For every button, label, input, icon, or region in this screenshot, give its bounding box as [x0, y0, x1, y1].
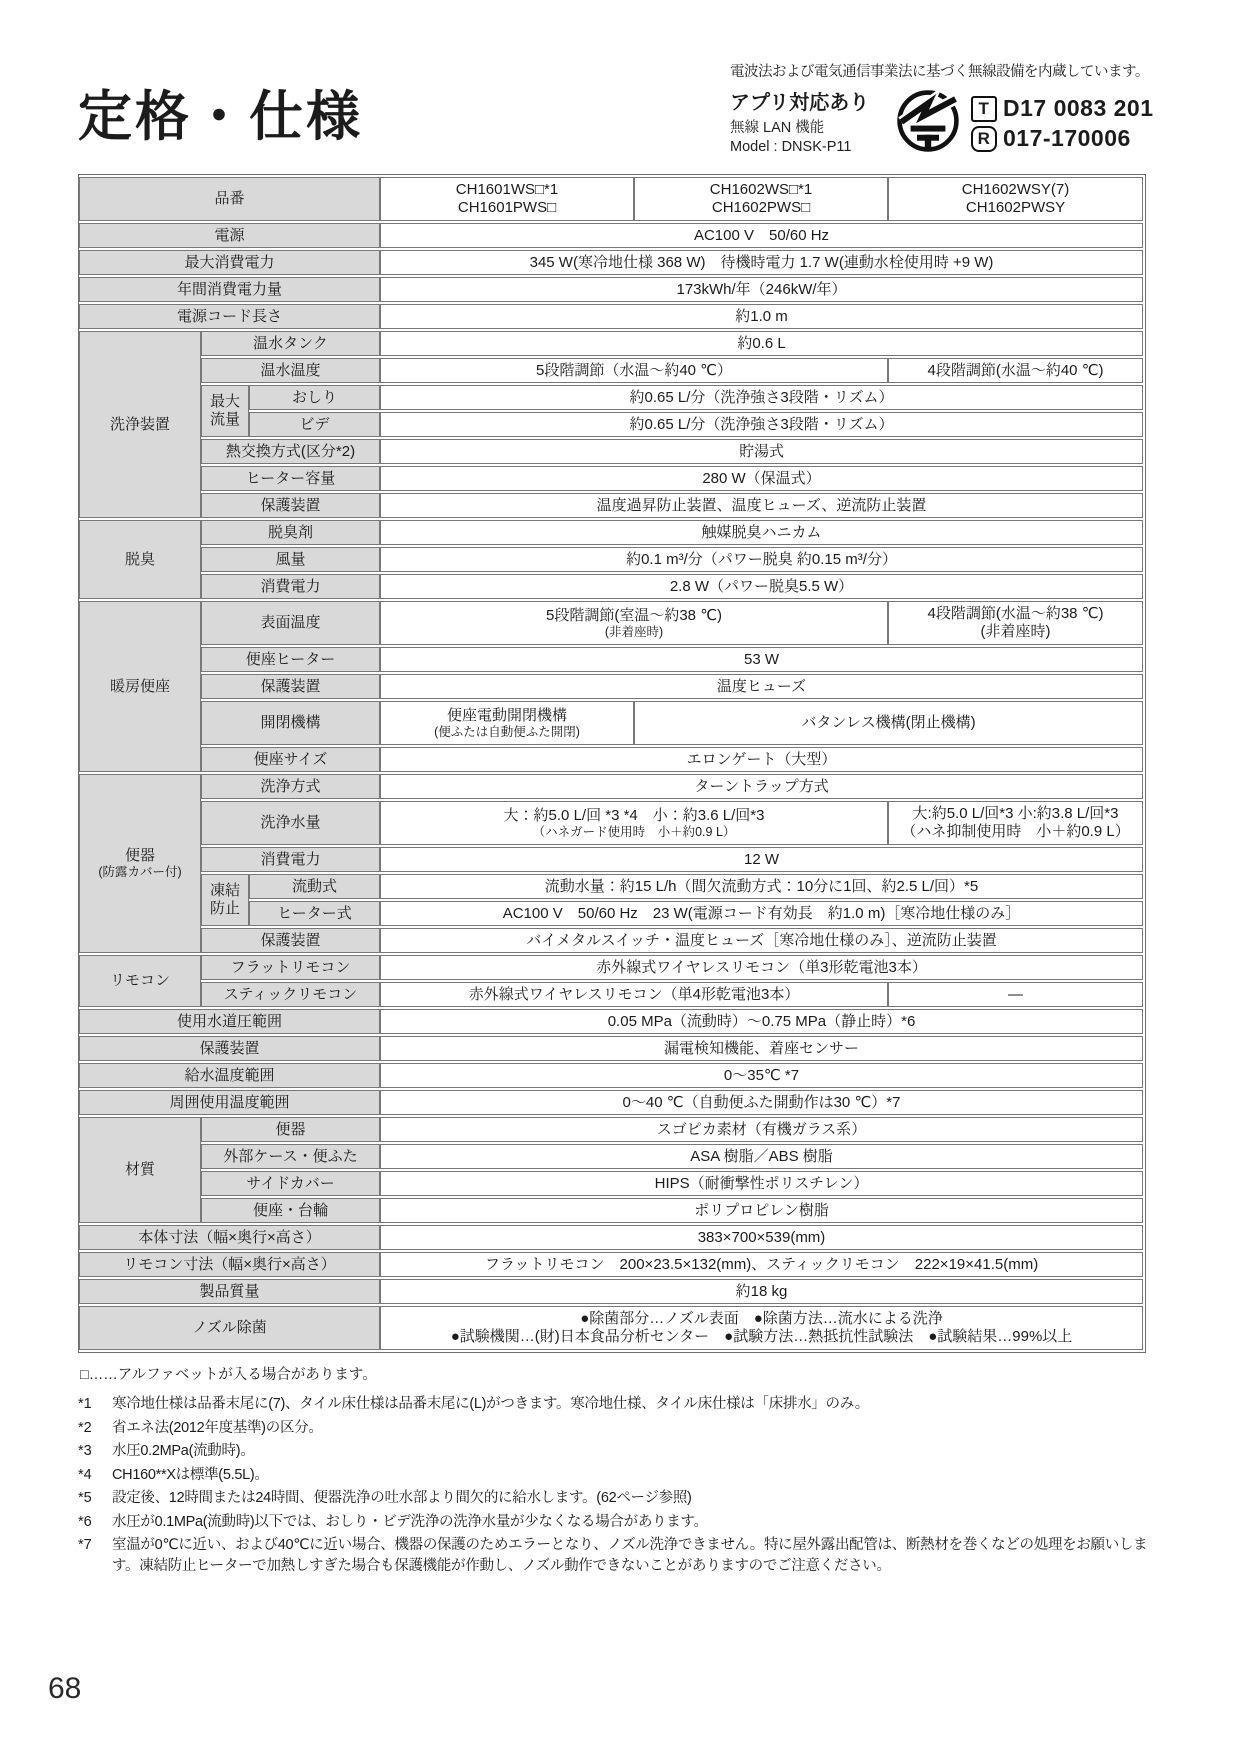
- cert-t-line: T D17 0083 201: [971, 95, 1162, 122]
- cell-line: 大:約5.0 L/回*3 小:約3.8 L/回*3: [894, 805, 1137, 823]
- cell-line: 便座電動開閉機構: [386, 707, 628, 725]
- spec-label-cell: 洗浄方式: [201, 774, 380, 799]
- footnote-marker: *7: [78, 1535, 112, 1576]
- spec-label-cell: スティックリモコン: [201, 982, 380, 1007]
- footnote-item: *7室温が0℃に近い、および40℃に近い場合、機器の保護のためエラーとなり、ノズ…: [78, 1535, 1150, 1576]
- cell-line: (非着座時): [894, 623, 1137, 641]
- cell-line: 便座・台輪: [207, 1202, 374, 1220]
- spec-value-cell: AC100 V 50/60 Hz 23 W(電源コード有効長 約1.0 m)［寒…: [380, 901, 1143, 926]
- cell-line: 280 W（保温式）: [386, 470, 1137, 488]
- footnote-marker: *6: [78, 1512, 112, 1533]
- cell-line: バイメタルスイッチ・温度ヒューズ［寒冷地仕様のみ］、逆流防止装置: [386, 932, 1137, 950]
- cell-line: 風量: [207, 551, 374, 569]
- spec-value-cell: 4段階調節(水温～約40 ℃): [888, 358, 1143, 383]
- spec-value-cell: 温度ヒューズ: [380, 674, 1143, 699]
- cell-line: 温度過昇防止装置、温度ヒューズ、逆流防止装置: [386, 497, 1137, 515]
- cell-line: CH1602WSY(7): [894, 181, 1137, 199]
- spec-value-cell: 漏電検知機能、着座センサー: [380, 1036, 1143, 1061]
- cell-line: （ハネ抑制使用時 小＋約0.9 L）: [894, 823, 1137, 841]
- cell-line: 消費電力: [207, 578, 374, 596]
- cell-line: 消費電力: [207, 851, 374, 869]
- cell-line: 保護装置: [207, 497, 374, 515]
- cell-line: 保護装置: [207, 678, 374, 696]
- cell-line: ヒーター式: [255, 905, 374, 923]
- spec-label-cell: 消費電力: [201, 574, 380, 599]
- cell-line: 大：約5.0 L/回 *3 *4 小：約3.6 L/回*3: [386, 807, 882, 825]
- page-number: 68: [48, 1672, 81, 1706]
- spec-value-cell: 大：約5.0 L/回 *3 *4 小：約3.6 L/回*3（ハネガード使用時 小…: [380, 801, 888, 845]
- spec-value-cell: 赤外線式ワイヤレスリモコン（単3形乾電池3本）: [380, 955, 1143, 980]
- spec-value-cell: 173kWh/年（246kW/年）: [380, 277, 1143, 302]
- spec-table-row: 品番CH1601WS□*1CH1601PWS□CH1602WS□*1CH1602…: [79, 177, 1143, 221]
- spec-table-row: リモコン寸法（幅×奥行×高さ）フラットリモコン 200×23.5×132(mm)…: [79, 1252, 1143, 1277]
- spec-table-row: 使用水道圧範囲0.05 MPa（流動時）～0.75 MPa（静止時）*6: [79, 1009, 1143, 1034]
- spec-value-cell: 0～40 ℃（自動便ふた開動作は30 ℃）*7: [380, 1090, 1143, 1115]
- spec-value-cell: 345 W(寒冷地仕様 368 W) 待機時電力 1.7 W(連動水栓使用時 +…: [380, 250, 1143, 275]
- cell-line: 便器: [85, 847, 195, 865]
- cell-line: スティックリモコン: [207, 986, 374, 1004]
- spec-label-cell: 便座サイズ: [201, 747, 380, 772]
- spec-label-cell: ヒーター容量: [201, 466, 380, 491]
- footnote-item: *2省エネ法(2012年度基準)の区分。: [78, 1418, 1150, 1439]
- spec-label-cell: 材質: [79, 1117, 201, 1223]
- footnote-item: *3水圧0.2MPa(流動時)。: [78, 1441, 1150, 1462]
- spec-value-cell: 約1.0 m: [380, 304, 1143, 329]
- spec-value-cell: 約0.65 L/分（洗浄強さ3段階・リズム）: [380, 412, 1143, 437]
- spec-table-row: 便座ヒーター53 W: [79, 647, 1143, 672]
- cell-line: ASA 樹脂／ABS 樹脂: [386, 1148, 1137, 1166]
- cell-line: フラットリモコン 200×23.5×132(mm)、スティックリモコン 222×…: [386, 1256, 1137, 1274]
- cell-line: 周囲使用温度範囲: [85, 1094, 374, 1112]
- spec-table-row: 最大流量おしり約0.65 L/分（洗浄強さ3段階・リズム）: [79, 385, 1143, 410]
- header-right-block: 電波法および電気通信事業法に基づく無線設備を内蔵しています。 アプリ対応あり 無…: [730, 52, 1162, 159]
- cell-line: (防露カバー付): [85, 865, 195, 880]
- spec-value-cell: 5段階調節(室温～約38 ℃)(非着座時): [380, 601, 888, 645]
- spec-page: 定格・仕様 電波法および電気通信事業法に基づく無線設備を内蔵しています。 アプリ…: [0, 0, 1240, 1577]
- t-box-icon: T: [971, 96, 997, 122]
- spec-value-cell: フラットリモコン 200×23.5×132(mm)、スティックリモコン 222×…: [380, 1252, 1143, 1277]
- spec-label-cell: 給水温度範囲: [79, 1063, 380, 1088]
- footnote-text: 室温が0℃に近い、および40℃に近い場合、機器の保護のためエラーとなり、ノズル洗…: [112, 1535, 1150, 1576]
- cell-line: 0.05 MPa（流動時）～0.75 MPa（静止時）*6: [386, 1013, 1137, 1031]
- spec-label-cell: 保護装置: [201, 674, 380, 699]
- footnotes: □……アルファベットが入る場合があります。 *1寒冷地仕様は品番末尾に(7)、タ…: [78, 1363, 1150, 1577]
- cell-line: 383×700×539(mm): [386, 1229, 1137, 1247]
- cell-line: スゴピカ素材（有機ガラス系）: [386, 1121, 1137, 1139]
- spec-table-row: 開閉機構便座電動開閉機構(便ふたは自動便ふた開閉)バタンレス機構(閉止機構): [79, 701, 1143, 745]
- cell-line: (便ふたは自動便ふた開閉): [386, 725, 628, 740]
- spec-label-cell: ビデ: [249, 412, 380, 437]
- page-title: 定格・仕様: [78, 74, 363, 151]
- cell-line: 0～35℃ *7: [386, 1067, 1137, 1085]
- cert-r-code: 017-170006: [1003, 125, 1131, 152]
- spec-value-cell: 53 W: [380, 647, 1143, 672]
- footnote-item: *6水圧が0.1MPa(流動時)以下では、おしり・ビデ洗浄の洗浄水量が少なくなる…: [78, 1512, 1150, 1533]
- spec-table-row: 保護装置温度過昇防止装置、温度ヒューズ、逆流防止装置: [79, 493, 1143, 518]
- wireless-info-row: アプリ対応あり 無線 LAN 機能 Model : DNSK-P11: [730, 88, 1162, 159]
- spec-label-cell: 周囲使用温度範囲: [79, 1090, 380, 1115]
- cell-line: 熱交換方式(区分*2): [207, 443, 374, 461]
- spec-label-cell: 使用水道圧範囲: [79, 1009, 380, 1034]
- spec-label-cell: 外部ケース・便ふた: [201, 1144, 380, 1169]
- spec-table-row: 便座サイズエロンゲート（大型）: [79, 747, 1143, 772]
- spec-value-cell: 約0.65 L/分（洗浄強さ3段階・リズム）: [380, 385, 1143, 410]
- radio-law-notice: 電波法および電気通信事業法に基づく無線設備を内蔵しています。: [730, 60, 1162, 81]
- spec-table-row: 熱交換方式(区分*2)貯湯式: [79, 439, 1143, 464]
- cell-line: ●試験機関…(財)日本食品分析センター ●試験方法…熱抵抗性試験法 ●試験結果……: [386, 1328, 1137, 1346]
- cell-line: ノズル除菌: [85, 1319, 374, 1337]
- cell-line: 約0.65 L/分（洗浄強さ3段階・リズム）: [386, 416, 1137, 434]
- spec-label-cell: サイドカバー: [201, 1171, 380, 1196]
- spec-table-row: 年間消費電力量173kWh/年（246kW/年）: [79, 277, 1143, 302]
- footnote-item: *4CH160**Xは標準(5.5L)。: [78, 1465, 1150, 1486]
- cell-line: 温水タンク: [207, 335, 374, 353]
- spec-table-row: 電源AC100 V 50/60 Hz: [79, 223, 1143, 248]
- cell-line: エロンゲート（大型）: [386, 751, 1137, 769]
- spec-table-row: 外部ケース・便ふたASA 樹脂／ABS 樹脂: [79, 1144, 1143, 1169]
- footnote-marker: *4: [78, 1465, 112, 1486]
- spec-value-cell: スゴピカ素材（有機ガラス系）: [380, 1117, 1143, 1142]
- cell-line: ―: [894, 986, 1137, 1004]
- spec-table-row: サイドカバーHIPS（耐衝撃性ポリスチレン）: [79, 1171, 1143, 1196]
- cell-line: AC100 V 50/60 Hz: [386, 227, 1137, 245]
- spec-table-row: 保護装置バイメタルスイッチ・温度ヒューズ［寒冷地仕様のみ］、逆流防止装置: [79, 928, 1143, 953]
- footnote-text: 水圧が0.1MPa(流動時)以下では、おしり・ビデ洗浄の洗浄水量が少なくなる場合…: [112, 1512, 1150, 1533]
- spec-value-cell: バイメタルスイッチ・温度ヒューズ［寒冷地仕様のみ］、逆流防止装置: [380, 928, 1143, 953]
- cell-line: 温水温度: [207, 362, 374, 380]
- spec-table-row: 周囲使用温度範囲0～40 ℃（自動便ふた開動作は30 ℃）*7: [79, 1090, 1143, 1115]
- box-placeholder-note: □……アルファベットが入る場合があります。: [80, 1363, 1150, 1384]
- spec-table-row: 暖房便座表面温度5段階調節(室温～約38 ℃)(非着座時)4段階調節(水温～約3…: [79, 601, 1143, 645]
- cell-line: 5段階調節（水温～約40 ℃）: [386, 362, 882, 380]
- spec-value-cell: バタンレス機構(閉止機構): [634, 701, 1143, 745]
- spec-value-cell: 2.8 W（パワー脱臭5.5 W）: [380, 574, 1143, 599]
- cell-line: 約1.0 m: [386, 308, 1137, 326]
- spec-value-cell: エロンゲート（大型）: [380, 747, 1143, 772]
- cell-line: 便器: [207, 1121, 374, 1139]
- cell-line: 5段階調節(室温～約38 ℃): [386, 607, 882, 625]
- cell-line: 温度ヒューズ: [386, 678, 1137, 696]
- spec-label-cell: 凍結防止: [201, 874, 249, 926]
- spec-label-cell: 電源コード長さ: [79, 304, 380, 329]
- cell-line: 赤外線式ワイヤレスリモコン（単4形乾電池3本）: [386, 986, 882, 1004]
- cell-line: 洗浄装置: [85, 416, 195, 434]
- spec-value-cell: 0～35℃ *7: [380, 1063, 1143, 1088]
- cell-line: ヒーター容量: [207, 470, 374, 488]
- cell-line: 4段階調節(水温～約40 ℃): [894, 362, 1137, 380]
- spec-table-row: ノズル除菌●除菌部分…ノズル表面 ●除菌方法…流水による洗浄●試験機関…(財)日…: [79, 1306, 1143, 1350]
- spec-table-row: 本体寸法（幅×奥行×高さ）383×700×539(mm): [79, 1225, 1143, 1250]
- spec-value-cell: 12 W: [380, 847, 1143, 872]
- spec-table-row: 消費電力2.8 W（パワー脱臭5.5 W）: [79, 574, 1143, 599]
- spec-label-cell: 製品質量: [79, 1279, 380, 1304]
- cell-line: 2.8 W（パワー脱臭5.5 W）: [386, 578, 1137, 596]
- spec-label-cell: 保護装置: [201, 928, 380, 953]
- spec-value-cell: 赤外線式ワイヤレスリモコン（単4形乾電池3本）: [380, 982, 888, 1007]
- spec-label-cell: リモコン寸法（幅×奥行×高さ）: [79, 1252, 380, 1277]
- spec-table-row: スティックリモコン赤外線式ワイヤレスリモコン（単4形乾電池3本）―: [79, 982, 1143, 1007]
- cert-t-code: D17 0083 201: [1003, 95, 1154, 122]
- cell-line: CH1602WS□*1: [640, 181, 882, 199]
- cell-line: CH1601PWS□: [386, 199, 628, 217]
- cell-line: 流量: [207, 411, 243, 429]
- spec-table-row: 洗浄装置温水タンク約0.6 L: [79, 331, 1143, 356]
- spec-label-cell: ヒーター式: [249, 901, 380, 926]
- cell-line: サイドカバー: [207, 1175, 374, 1193]
- cell-line: 使用水道圧範囲: [85, 1013, 374, 1031]
- spec-label-cell: 最大流量: [201, 385, 249, 437]
- footnote-item: *5設定後、12時間または24時間、便器洗浄の吐水部より間欠的に給水します。(6…: [78, 1488, 1150, 1509]
- spec-table-row: 便座・台輪ポリプロピレン樹脂: [79, 1198, 1143, 1223]
- spec-value-cell: CH1601WS□*1CH1601PWS□: [380, 177, 634, 221]
- cell-line: 防止: [207, 900, 243, 918]
- spec-value-cell: 便座電動開閉機構(便ふたは自動便ふた開閉): [380, 701, 634, 745]
- spec-label-cell: 消費電力: [201, 847, 380, 872]
- spec-value-cell: 4段階調節(水温～約38 ℃)(非着座時): [888, 601, 1143, 645]
- cell-line: CH1602PWS□: [640, 199, 882, 217]
- cell-line: 4段階調節(水温～約38 ℃): [894, 605, 1137, 623]
- spec-value-cell: CH1602WS□*1CH1602PWS□: [634, 177, 888, 221]
- spec-label-cell: 年間消費電力量: [79, 277, 380, 302]
- spec-table-row: 材質便器スゴピカ素材（有機ガラス系）: [79, 1117, 1143, 1142]
- footnote-item: *1寒冷地仕様は品番末尾に(7)、タイル床仕様は品番末尾に(L)がつきます。寒冷…: [78, 1394, 1150, 1415]
- spec-label-cell: 脱臭剤: [201, 520, 380, 545]
- spec-label-cell: 流動式: [249, 874, 380, 899]
- footnote-marker: *3: [78, 1441, 112, 1462]
- cell-line: 触媒脱臭ハニカム: [386, 524, 1137, 542]
- spec-value-cell: 流動水量：約15 L/h（間欠流動方式：10分に1回、約2.5 L/回）*5: [380, 874, 1143, 899]
- cell-line: HIPS（耐衝撃性ポリスチレン）: [386, 1175, 1137, 1193]
- cell-line: 脱臭剤: [207, 524, 374, 542]
- spec-label-cell: 本体寸法（幅×奥行×高さ）: [79, 1225, 380, 1250]
- spec-table-wrap: 品番CH1601WS□*1CH1601PWS□CH1602WS□*1CH1602…: [78, 174, 1146, 1353]
- spec-table: 品番CH1601WS□*1CH1601PWS□CH1602WS□*1CH1602…: [79, 175, 1143, 1352]
- spec-table-row: 凍結防止流動式流動水量：約15 L/h（間欠流動方式：10分に1回、約2.5 L…: [79, 874, 1143, 899]
- cell-line: 暖房便座: [85, 678, 195, 696]
- footnote-text: CH160**Xは標準(5.5L)。: [112, 1465, 1150, 1486]
- spec-table-row: 消費電力12 W: [79, 847, 1143, 872]
- spec-label-cell: リモコン: [79, 955, 201, 1007]
- cell-line: 脱臭: [85, 551, 195, 569]
- spec-label-cell: 洗浄装置: [79, 331, 201, 518]
- spec-table-row: 製品質量約18 kg: [79, 1279, 1143, 1304]
- cell-line: 345 W(寒冷地仕様 368 W) 待機時電力 1.7 W(連動水栓使用時 +…: [386, 254, 1137, 272]
- cell-line: 電源: [85, 227, 374, 245]
- giteki-mark-icon: [895, 88, 961, 159]
- spec-label-cell: 洗浄水量: [201, 801, 380, 845]
- spec-label-cell: 便器: [201, 1117, 380, 1142]
- spec-table-row: 電源コード長さ約1.0 m: [79, 304, 1143, 329]
- model-label: Model : DNSK-P11: [730, 138, 895, 156]
- spec-value-cell: 約0.1 m³/分（パワー脱臭 約0.15 m³/分）: [380, 547, 1143, 572]
- cell-line: ポリプロピレン樹脂: [386, 1202, 1137, 1220]
- footnote-marker: *2: [78, 1418, 112, 1439]
- spec-label-cell: 便座・台輪: [201, 1198, 380, 1223]
- certification-codes: T D17 0083 201 R 017-170006: [971, 92, 1162, 155]
- cert-r-line: R 017-170006: [971, 125, 1162, 152]
- spec-label-cell: 表面温度: [201, 601, 380, 645]
- spec-value-cell: 280 W（保温式）: [380, 466, 1143, 491]
- cell-line: 約0.6 L: [386, 335, 1137, 353]
- spec-value-cell: 約18 kg: [380, 1279, 1143, 1304]
- cell-line: 約0.1 m³/分（パワー脱臭 約0.15 m³/分）: [386, 551, 1137, 569]
- cell-line: 品番: [85, 190, 374, 208]
- spec-value-cell: 貯湯式: [380, 439, 1143, 464]
- spec-value-cell: 温度過昇防止装置、温度ヒューズ、逆流防止装置: [380, 493, 1143, 518]
- cell-line: 表面温度: [207, 614, 374, 632]
- cell-line: CH1601WS□*1: [386, 181, 628, 199]
- footnote-list: *1寒冷地仕様は品番末尾に(7)、タイル床仕様は品番末尾に(L)がつきます。寒冷…: [78, 1394, 1150, 1577]
- spec-table-row: 給水温度範囲0～35℃ *7: [79, 1063, 1143, 1088]
- cell-line: 約0.65 L/分（洗浄強さ3段階・リズム）: [386, 389, 1137, 407]
- cell-line: 本体寸法（幅×奥行×高さ）: [85, 1229, 374, 1247]
- spec-value-cell: ●除菌部分…ノズル表面 ●除菌方法…流水による洗浄●試験機関…(財)日本食品分析…: [380, 1306, 1143, 1350]
- spec-table-row: 便器(防露カバー付)洗浄方式ターントラップ方式: [79, 774, 1143, 799]
- footnote-marker: *1: [78, 1394, 112, 1415]
- cell-line: 流動水量：約15 L/h（間欠流動方式：10分に1回、約2.5 L/回）*5: [386, 878, 1137, 896]
- spec-value-cell: 383×700×539(mm): [380, 1225, 1143, 1250]
- spec-value-cell: 約0.6 L: [380, 331, 1143, 356]
- cell-line: 漏電検知機能、着座センサー: [386, 1040, 1137, 1058]
- footnote-text: 省エネ法(2012年度基準)の区分。: [112, 1418, 1150, 1439]
- cell-line: リモコン寸法（幅×奥行×高さ）: [85, 1256, 374, 1274]
- cell-line: 最大: [207, 393, 243, 411]
- cell-line: 約18 kg: [386, 1283, 1137, 1301]
- spec-label-cell: 脱臭: [79, 520, 201, 599]
- cell-line: リモコン: [85, 972, 195, 990]
- cell-line: 洗浄方式: [207, 778, 374, 796]
- spec-value-cell: 5段階調節（水温～約40 ℃）: [380, 358, 888, 383]
- cell-line: ターントラップ方式: [386, 778, 1137, 796]
- cell-line: （ハネガード使用時 小＋約0.9 L）: [386, 825, 882, 840]
- footnote-text: 寒冷地仕様は品番末尾に(7)、タイル床仕様は品番末尾に(L)がつきます。寒冷地仕…: [112, 1394, 1150, 1415]
- spec-label-cell: 品番: [79, 177, 380, 221]
- page-header: 定格・仕様 電波法および電気通信事業法に基づく無線設備を内蔵しています。 アプリ…: [78, 52, 1162, 170]
- spec-label-cell: 電源: [79, 223, 380, 248]
- spec-table-row: 保護装置漏電検知機能、着座センサー: [79, 1036, 1143, 1061]
- wlan-label: 無線 LAN 機能: [730, 119, 895, 137]
- cell-line: 流動式: [255, 878, 374, 896]
- spec-label-cell: 保護装置: [201, 493, 380, 518]
- spec-table-row: 最大消費電力345 W(寒冷地仕様 368 W) 待機時電力 1.7 W(連動水…: [79, 250, 1143, 275]
- footnote-marker: *5: [78, 1488, 112, 1509]
- spec-label-cell: 便座ヒーター: [201, 647, 380, 672]
- cell-line: 年間消費電力量: [85, 281, 374, 299]
- cell-line: フラットリモコン: [207, 959, 374, 977]
- spec-label-cell: 開閉機構: [201, 701, 380, 745]
- wireless-info-text: アプリ対応あり 無線 LAN 機能 Model : DNSK-P11: [730, 91, 895, 155]
- cell-line: バタンレス機構(閉止機構): [640, 714, 1137, 732]
- cell-line: 12 W: [386, 851, 1137, 869]
- spec-table-row: 温水温度5段階調節（水温～約40 ℃）4段階調節(水温～約40 ℃): [79, 358, 1143, 383]
- r-box-icon: R: [971, 126, 997, 152]
- cell-line: 最大消費電力: [85, 254, 374, 272]
- spec-value-cell: HIPS（耐衝撃性ポリスチレン）: [380, 1171, 1143, 1196]
- cell-line: 外部ケース・便ふた: [207, 1148, 374, 1166]
- cell-line: 保護装置: [207, 932, 374, 950]
- spec-value-cell: AC100 V 50/60 Hz: [380, 223, 1143, 248]
- cell-line: CH1602PWSY: [894, 199, 1137, 217]
- cell-line: 保護装置: [85, 1040, 374, 1058]
- spec-value-cell: 触媒脱臭ハニカム: [380, 520, 1143, 545]
- spec-table-row: 脱臭脱臭剤触媒脱臭ハニカム: [79, 520, 1143, 545]
- cell-line: 便座サイズ: [207, 751, 374, 769]
- spec-label-cell: ノズル除菌: [79, 1306, 380, 1350]
- footnote-text: 水圧0.2MPa(流動時)。: [112, 1441, 1150, 1462]
- spec-value-cell: CH1602WSY(7)CH1602PWSY: [888, 177, 1143, 221]
- spec-label-cell: 便器(防露カバー付): [79, 774, 201, 953]
- cell-line: 貯湯式: [386, 443, 1137, 461]
- spec-table-body: 品番CH1601WS□*1CH1601PWS□CH1602WS□*1CH1602…: [79, 177, 1143, 1350]
- spec-value-cell: ―: [888, 982, 1143, 1007]
- cell-line: 便座ヒーター: [207, 651, 374, 669]
- spec-label-cell: フラットリモコン: [201, 955, 380, 980]
- spec-label-cell: 温水温度: [201, 358, 380, 383]
- cell-line: 洗浄水量: [207, 814, 374, 832]
- cell-line: ビデ: [255, 416, 374, 434]
- cell-line: 173kWh/年（246kW/年）: [386, 281, 1137, 299]
- cell-line: AC100 V 50/60 Hz 23 W(電源コード有効長 約1.0 m)［寒…: [386, 905, 1137, 923]
- spec-table-row: 風量約0.1 m³/分（パワー脱臭 約0.15 m³/分）: [79, 547, 1143, 572]
- cell-line: 0～40 ℃（自動便ふた開動作は30 ℃）*7: [386, 1094, 1137, 1112]
- spec-label-cell: 最大消費電力: [79, 250, 380, 275]
- cell-line: 赤外線式ワイヤレスリモコン（単3形乾電池3本）: [386, 959, 1137, 977]
- spec-label-cell: 熱交換方式(区分*2): [201, 439, 380, 464]
- cell-line: ●除菌部分…ノズル表面 ●除菌方法…流水による洗浄: [386, 1310, 1137, 1328]
- spec-label-cell: 暖房便座: [79, 601, 201, 772]
- spec-table-row: 保護装置温度ヒューズ: [79, 674, 1143, 699]
- cell-line: 給水温度範囲: [85, 1067, 374, 1085]
- spec-value-cell: ターントラップ方式: [380, 774, 1143, 799]
- cell-line: 製品質量: [85, 1283, 374, 1301]
- cell-line: 開閉機構: [207, 714, 374, 732]
- cell-line: 材質: [85, 1161, 195, 1179]
- spec-table-row: 洗浄水量大：約5.0 L/回 *3 *4 小：約3.6 L/回*3（ハネガード使…: [79, 801, 1143, 845]
- spec-label-cell: 風量: [201, 547, 380, 572]
- spec-value-cell: ASA 樹脂／ABS 樹脂: [380, 1144, 1143, 1169]
- footnote-text: 設定後、12時間または24時間、便器洗浄の吐水部より間欠的に給水します。(62ペ…: [112, 1488, 1150, 1509]
- spec-value-cell: 大:約5.0 L/回*3 小:約3.8 L/回*3（ハネ抑制使用時 小＋約0.9…: [888, 801, 1143, 845]
- cell-line: 凍結: [207, 882, 243, 900]
- spec-value-cell: ポリプロピレン樹脂: [380, 1198, 1143, 1223]
- spec-label-cell: 保護装置: [79, 1036, 380, 1061]
- cell-line: 電源コード長さ: [85, 308, 374, 326]
- cell-line: (非着座時): [386, 625, 882, 640]
- spec-table-row: リモコンフラットリモコン赤外線式ワイヤレスリモコン（単3形乾電池3本）: [79, 955, 1143, 980]
- cell-line: おしり: [255, 389, 374, 407]
- app-support-label: アプリ対応あり: [730, 91, 895, 116]
- spec-table-row: ヒーター容量280 W（保温式）: [79, 466, 1143, 491]
- spec-label-cell: 温水タンク: [201, 331, 380, 356]
- cell-line: 53 W: [386, 651, 1137, 669]
- spec-label-cell: おしり: [249, 385, 380, 410]
- spec-value-cell: 0.05 MPa（流動時）～0.75 MPa（静止時）*6: [380, 1009, 1143, 1034]
